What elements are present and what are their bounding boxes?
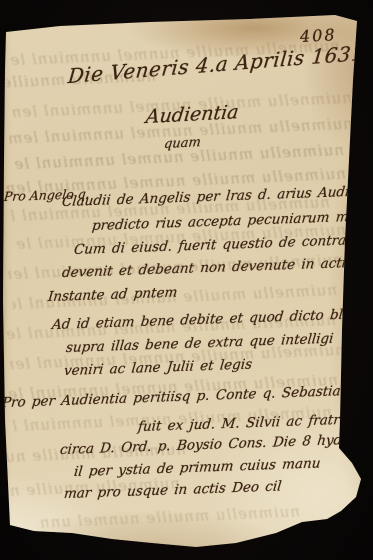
manuscript-line: fuit ex jud. M. Silvii ac fratrem de Alb… bbox=[137, 408, 373, 435]
manuscript-line: mar pro usque in actis Deo cil bbox=[63, 478, 282, 502]
bleedthrough-line: nuimnellu mnuille nunmel unnmiunl lemnu … bbox=[6, 440, 187, 466]
archive-photo-background: nuimnellu mnuille nunmel unnmiunl lemnu … bbox=[0, 0, 373, 560]
manuscript-line: Cum di eiusd. fuerit questio de contra i… bbox=[73, 231, 373, 258]
manuscript-line: Pro per Audientia peritiisq p. Conte q. … bbox=[1, 381, 373, 411]
bleedthrough-line: nuimnellu mnuille nunmel unnmiunl lemnu … bbox=[10, 37, 340, 69]
manuscript-line: veniri ac lane Julii et legis bbox=[63, 356, 253, 379]
bleedthrough-line: nuimnellu mnuille nunmel unnmiunl lemnu … bbox=[14, 141, 344, 173]
manuscript-line: Instante ad pntem bbox=[47, 284, 178, 305]
manuscript-line: supra illas bene de extra que intelligi bbox=[65, 331, 334, 356]
heading-date-line: Die Veneris 4.a Aprilis 1631 bbox=[67, 41, 366, 89]
manuscript-page: nuimnellu mnuille nunmel unnmiunl lemnu … bbox=[0, 0, 373, 560]
bleedthrough-line: nuimnellu mnuille nunmel unnmiunl lemnu … bbox=[8, 371, 338, 403]
manuscript-line: il per ystia de primum cuius manu bbox=[73, 455, 321, 480]
bleedthrough-line: nuimnellu mnuille nunmel unnmiunl lemnu … bbox=[10, 193, 330, 225]
bleedthrough-line: nuimnellu mnuille nunmel unnmiunl lemnu … bbox=[40, 502, 301, 531]
manuscript-line: devenit et debeant non devenute in actis bbox=[61, 255, 354, 281]
bleedthrough-line: nuimnellu mnuille nunmel unnmiunl lemnu … bbox=[6, 311, 336, 343]
bleedthrough-line: nuimnellu mnuille nunmel unnmiunl lemnu … bbox=[8, 114, 353, 147]
bleedthrough-line: nuimnellu mnuille nunmel unnmiunl lemnu … bbox=[10, 474, 181, 499]
bleedthrough-line: nuimnellu mnuille nunmel unnmiunl lemnu … bbox=[12, 281, 337, 313]
heading-subtitle: quam bbox=[163, 135, 202, 152]
bleedthrough-line: nuimnellu mnuille nunmel unnmiunl lemnu … bbox=[6, 67, 157, 92]
bleedthrough-line: nuimnellu mnuille nunmel unnmiunl lemnu … bbox=[12, 89, 352, 122]
manuscript-line: Ad id etiam bene debite et quod dicto bl… bbox=[51, 306, 373, 333]
bleedthrough-line: nuimnellu mnuille nunmel unnmiunl lemnu … bbox=[12, 403, 332, 435]
bleedthrough-line: nuimnellu mnuille nunmel unnmiunl lemnu … bbox=[6, 165, 346, 198]
margin-note: Pro Angelo q. bbox=[3, 186, 90, 204]
bleedthrough-line: nuimnellu mnuille nunmel unnmiunl lemnu … bbox=[8, 251, 343, 284]
manuscript-line: Claudii de Angelis per lras d. arius Aud… bbox=[61, 183, 373, 211]
manuscript-line: circa D. Ord. p. Boysio Cons. Die 8 hyde bbox=[59, 432, 351, 458]
folio-number: 408 bbox=[300, 25, 337, 46]
heading-title: Audientia bbox=[145, 101, 240, 128]
bleedthrough-line: nuimnellu mnuille nunmel unnmiunl lemnu … bbox=[16, 221, 346, 253]
bleedthrough-line: nuimnellu mnuille nunmel unnmiunl lemnu … bbox=[10, 341, 345, 374]
manuscript-line: predicto rius accepta pecuniarum mand.o … bbox=[91, 206, 373, 234]
